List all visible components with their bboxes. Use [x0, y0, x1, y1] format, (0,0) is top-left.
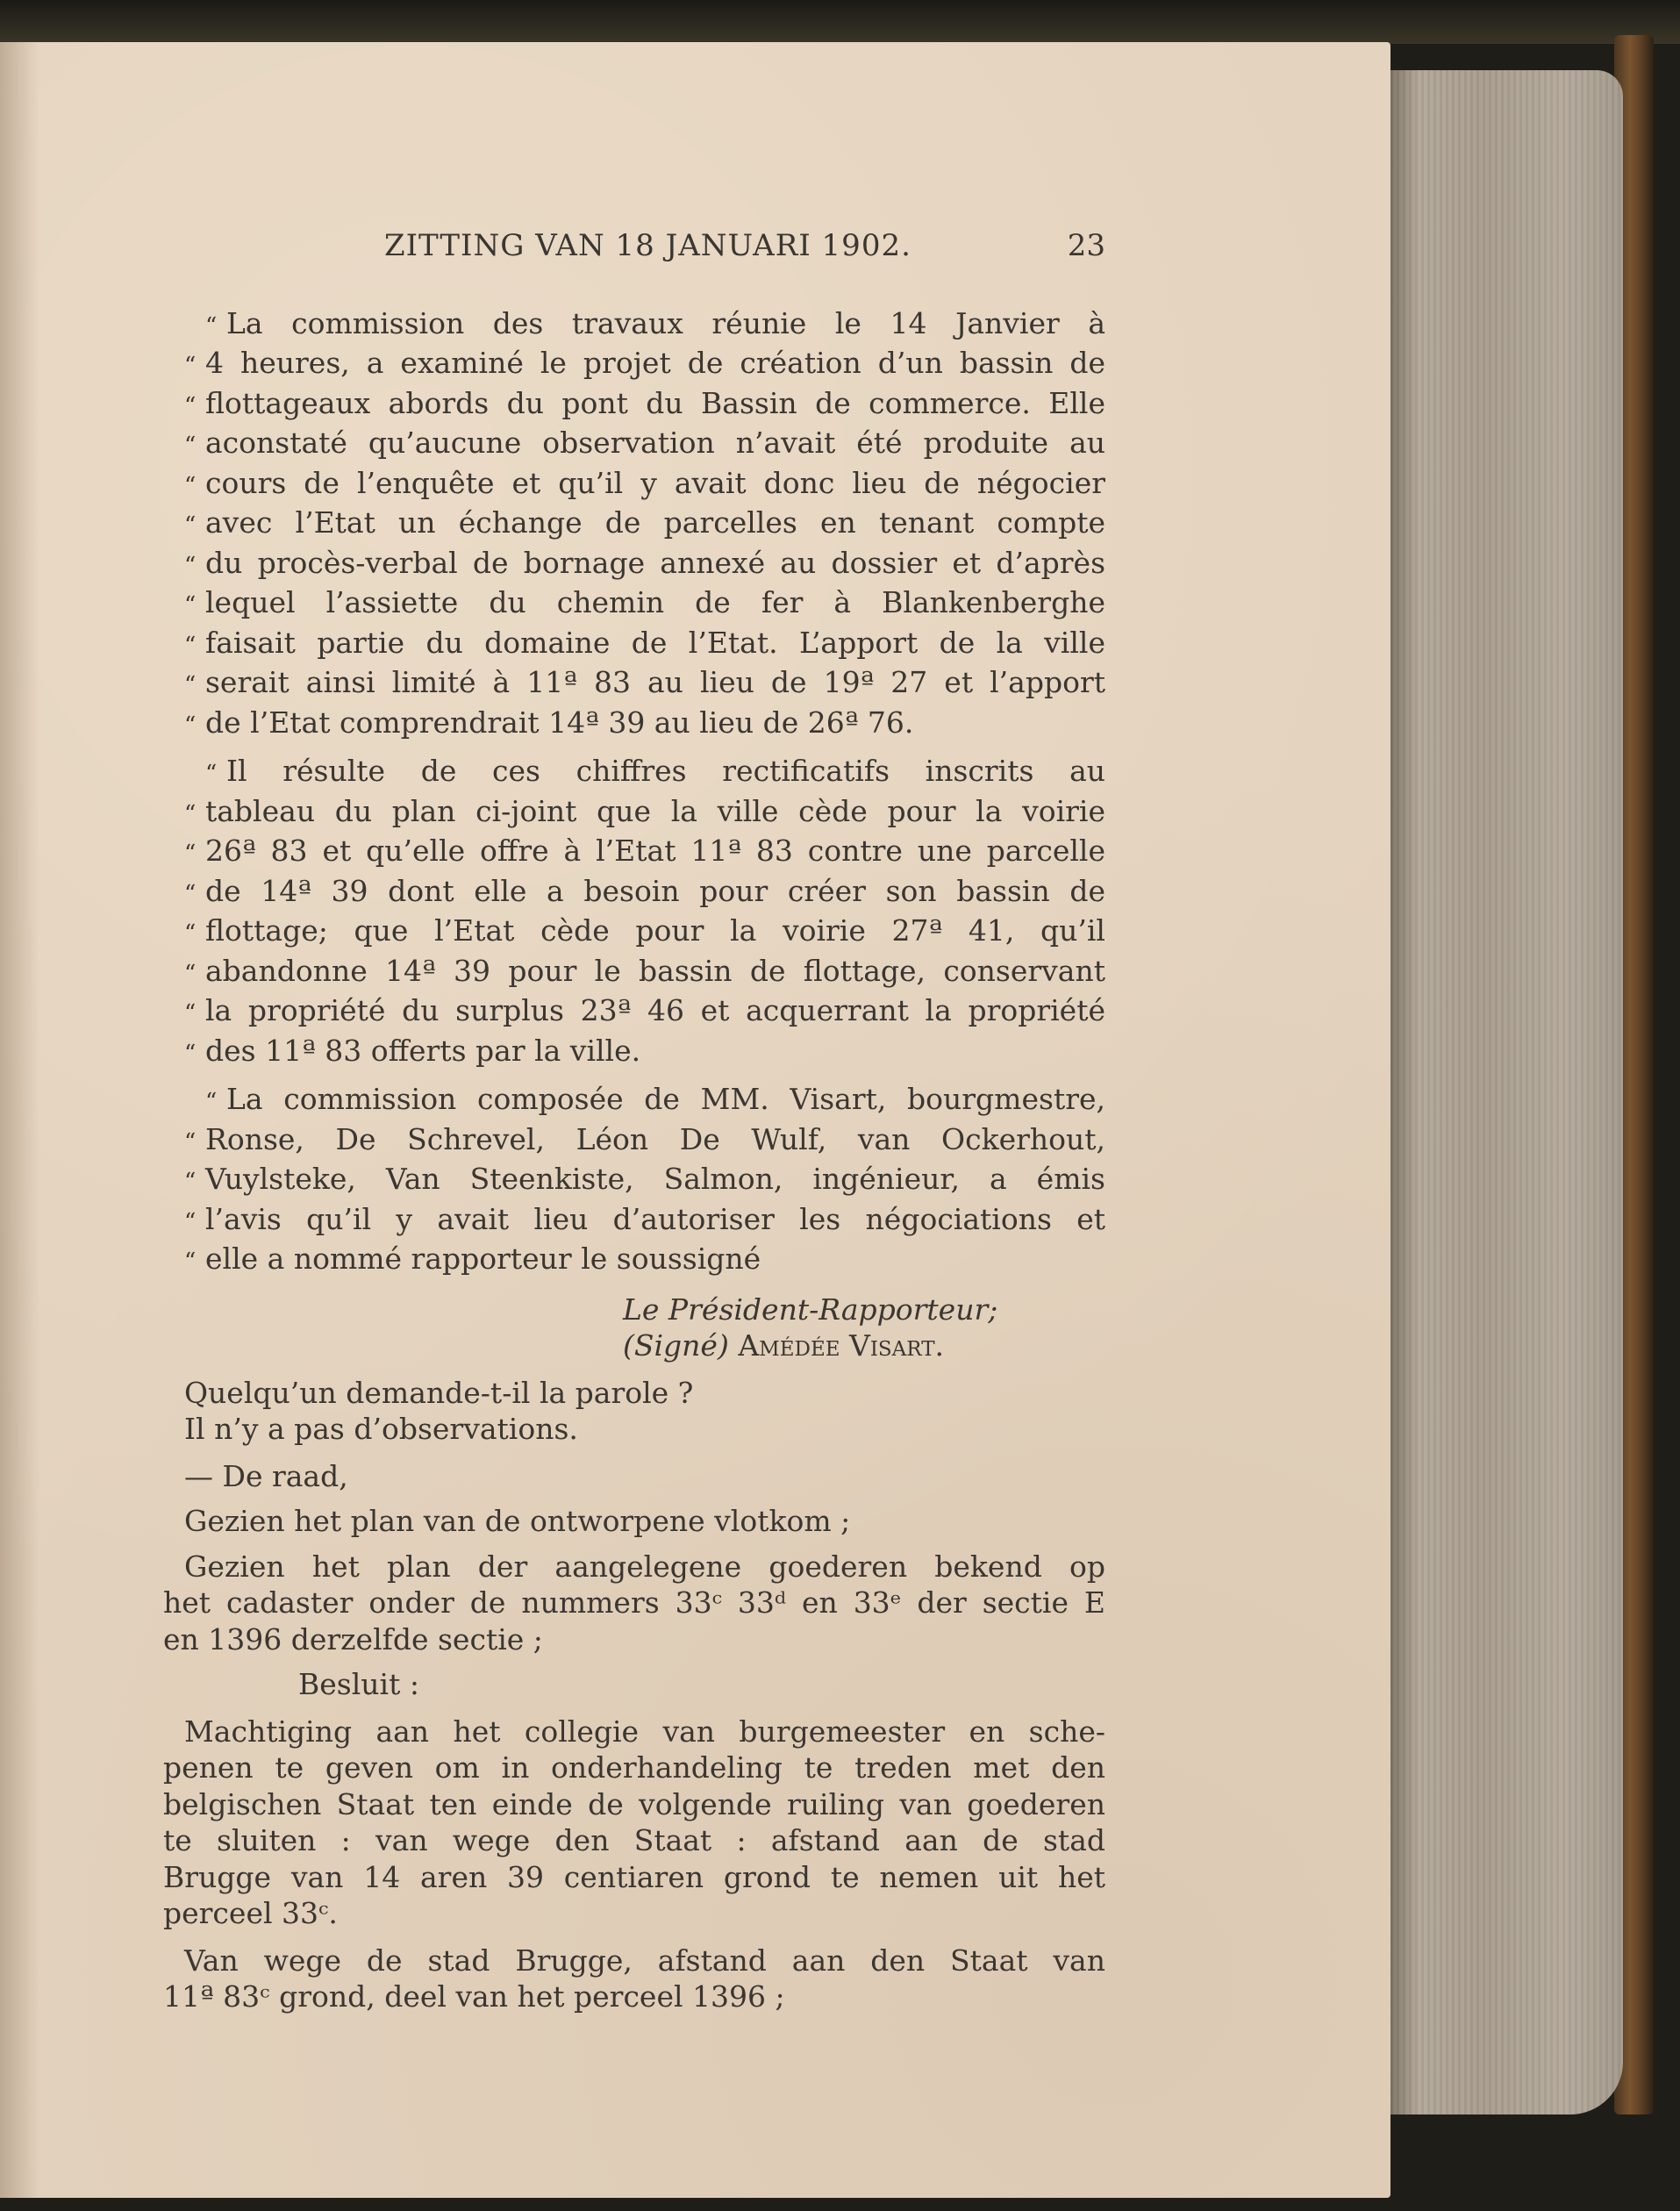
quote-mark: “: [184, 348, 205, 385]
report-paragraph-1: “La commission des travaux réunie le 14 …: [184, 305, 1105, 745]
text-line: Machtiging aan het collegie van burgemee…: [184, 1714, 1105, 1750]
line-text: la propriété du surplus 23ª 46 et acquer…: [205, 993, 1105, 1027]
page-text: ZITTING VAN 18 JANUARI 1902. 23 “La comm…: [184, 228, 1105, 2015]
quote-mark: “: [184, 877, 205, 913]
text-line: “abandonne 14ª 39 pour le bassin de flot…: [184, 953, 1105, 993]
text-line: Gezien het plan der aangelegene goederen…: [184, 1549, 1105, 1585]
discussion-no-observations: Il n’y a pas d’observations.: [184, 1411, 1105, 1448]
line-text: avec l’Etat un échange de parcelles en t…: [205, 505, 1105, 540]
quote-mark: “: [205, 1084, 226, 1121]
considering-1: Gezien het plan van de ontworpene vlotko…: [184, 1503, 1105, 1540]
signature-line: (Signé) Amédée Visart.: [184, 1327, 1105, 1364]
book-top-band: [0, 0, 1680, 44]
text-line: “Il résulte de ces chiffres rectificatif…: [184, 753, 1105, 793]
running-header: ZITTING VAN 18 JANUARI 1902. 23: [184, 228, 1105, 265]
quote-mark: “: [184, 708, 205, 745]
line-text: abandonne 14ª 39 pour le bassin de flott…: [205, 954, 1105, 988]
quote-mark: “: [184, 916, 205, 953]
line-text: Il résulte de ces chiffres rectificatifs…: [226, 754, 1105, 788]
quote-mark: “: [184, 1036, 205, 1073]
line-text: l’avis qu’il y avait lieu d’autoriser le…: [205, 1202, 1105, 1236]
text-line: perceel 33ᶜ.: [163, 1895, 1105, 1932]
quote-mark: “: [184, 1125, 205, 1162]
text-line: “avec l’Etat un échange de parcelles en …: [184, 504, 1105, 545]
line-text: flottageaux abords du pont du Bassin de …: [205, 386, 1105, 420]
text-line: “lequel l’assiette du chemin de fer à Bl…: [184, 584, 1105, 625]
line-text: La commission composée de MM. Visart, bo…: [226, 1082, 1105, 1116]
line-text: elle a nommé rapporteur le soussigné: [205, 1241, 761, 1276]
page-number: 23: [1068, 228, 1105, 265]
text-line: “La commission des travaux réunie le 14 …: [184, 305, 1105, 346]
line-text: de l’Etat comprendrait 14ª 39 au lieu de…: [205, 705, 913, 740]
line-text: La commission des travaux réunie le 14 J…: [226, 306, 1105, 340]
text-line: “cours de l’enquête et qu’il y avait don…: [184, 465, 1105, 505]
line-text: cours de l’enquête et qu’il y avait donc…: [205, 466, 1105, 500]
quote-mark: “: [184, 588, 205, 625]
decision-paragraph: Machtiging aan het collegie van burgemee…: [184, 1714, 1105, 1932]
besluit-heading: Besluit :: [184, 1666, 1105, 1703]
text-line: het cadaster onder de nummers 33ᶜ 33ᵈ en…: [163, 1585, 1105, 1621]
text-line: “flottage; que l’Etat cède pour la voiri…: [184, 912, 1105, 953]
text-line: “la propriété du surplus 23ª 46 et acque…: [184, 992, 1105, 1033]
line-text: tableau du plan ci-joint que la ville cè…: [205, 794, 1105, 828]
text-line: Van wege de stad Brugge, afstand aan den…: [184, 1943, 1105, 1979]
quote-mark: “: [205, 309, 226, 346]
text-line: “de l’Etat comprendrait 14ª 39 au lieu d…: [184, 705, 1105, 745]
quote-mark: “: [184, 668, 205, 705]
line-text: des 11ª 83 offerts par la ville.: [205, 1034, 640, 1068]
line-text: Vuylsteke, Van Steenkiste, Salmon, ingén…: [205, 1162, 1105, 1196]
text-line: “flottageaux abords du pont du Bassin de…: [184, 385, 1105, 426]
text-line: “Ronse, De Schrevel, Léon De Wulf, van O…: [184, 1121, 1105, 1162]
gutter-shadow: [0, 42, 39, 2198]
text-line: “du procès-verbal de bornage annexé au d…: [184, 545, 1105, 585]
line-text: aconstaté qu’aucune observation n’avait …: [205, 426, 1105, 460]
quote-mark: “: [184, 1164, 205, 1201]
quote-mark: “: [184, 389, 205, 426]
text-line: “4 heures, a examiné le projet de créati…: [184, 345, 1105, 385]
text-line: “des 11ª 83 offerts par la ville.: [184, 1033, 1105, 1073]
text-line: “de 14ª 39 dont elle a besoin pour créer…: [184, 873, 1105, 913]
quote-mark: “: [184, 548, 205, 585]
discussion-question: Quelqu’un demande-t-il la parole ?: [184, 1375, 1105, 1412]
text-line: “elle a nommé rapporteur le soussigné: [184, 1241, 1105, 1281]
quote-mark: “: [205, 756, 226, 793]
running-title: ZITTING VAN 18 JANUARI 1902.: [384, 228, 911, 265]
council-heading: — De raad,: [184, 1458, 1105, 1495]
book-page-stack: [1390, 70, 1623, 2114]
text-line: “Vuylsteke, Van Steenkiste, Salmon, ingé…: [184, 1161, 1105, 1201]
text-line: “26ª 83 et qu’elle offre à l’Etat 11ª 83…: [184, 833, 1105, 873]
line-text: serait ainsi limité à 11ª 83 au lieu de …: [205, 665, 1105, 699]
city-paragraph: Van wege de stad Brugge, afstand aan den…: [184, 1943, 1105, 2015]
text-line: “l’avis qu’il y avait lieu d’autoriser l…: [184, 1201, 1105, 1241]
text-line: belgischen Staat ten einde de volgende r…: [163, 1786, 1105, 1823]
text-line: te sluiten : van wege den Staat : afstan…: [163, 1822, 1105, 1859]
quote-mark: “: [184, 1244, 205, 1281]
line-text: de 14ª 39 dont elle a besoin pour créer …: [205, 874, 1105, 908]
text-line: “La commission composée de MM. Visart, b…: [184, 1081, 1105, 1121]
signature-title: Le Président-Rapporteur;: [184, 1292, 1105, 1328]
text-line: “faisait partie du domaine de l’Etat. L’…: [184, 625, 1105, 665]
signatory-name: Amédée Visart.: [738, 1328, 944, 1363]
considering-2: Gezien het plan der aangelegene goederen…: [184, 1549, 1105, 1658]
line-text: du procès-verbal de bornage annexé au do…: [205, 546, 1105, 580]
quote-mark: “: [184, 836, 205, 873]
text-line: 11ª 83ᶜ grond, deel van het perceel 1396…: [163, 1978, 1105, 2015]
line-text: flottage; que l’Etat cède pour la voirie…: [205, 913, 1105, 948]
signed-label: (Signé): [623, 1328, 729, 1363]
report-paragraph-2: “Il résulte de ces chiffres rectificatif…: [184, 753, 1105, 1072]
text-line: penen te geven om in onderhandeling te t…: [163, 1749, 1105, 1786]
text-line: “aconstaté qu’aucune observation n’avait…: [184, 425, 1105, 465]
text-line: en 1396 derzelfde sectie ;: [163, 1621, 1105, 1658]
line-text: 26ª 83 et qu’elle offre à l’Etat 11ª 83 …: [205, 834, 1105, 868]
quote-mark: “: [184, 797, 205, 834]
quote-mark: “: [184, 956, 205, 993]
report-paragraph-3: “La commission composée de MM. Visart, b…: [184, 1081, 1105, 1281]
text-line: Brugge van 14 aren 39 centiaren grond te…: [163, 1859, 1105, 1896]
quote-mark: “: [184, 1205, 205, 1241]
line-text: faisait partie du domaine de l’Etat. L’a…: [205, 626, 1105, 660]
line-text: Ronse, De Schrevel, Léon De Wulf, van Oc…: [205, 1122, 1105, 1156]
text-line: “tableau du plan ci-joint que la ville c…: [184, 793, 1105, 834]
quote-mark: “: [184, 996, 205, 1033]
text-line: “serait ainsi limité à 11ª 83 au lieu de…: [184, 664, 1105, 705]
quote-mark: “: [184, 428, 205, 465]
quote-mark: “: [184, 508, 205, 545]
line-text: 4 heures, a examiné le projet de créatio…: [205, 346, 1105, 380]
quote-mark: “: [184, 469, 205, 505]
quote-mark: “: [184, 628, 205, 665]
line-text: lequel l’assiette du chemin de fer à Bla…: [205, 585, 1105, 619]
